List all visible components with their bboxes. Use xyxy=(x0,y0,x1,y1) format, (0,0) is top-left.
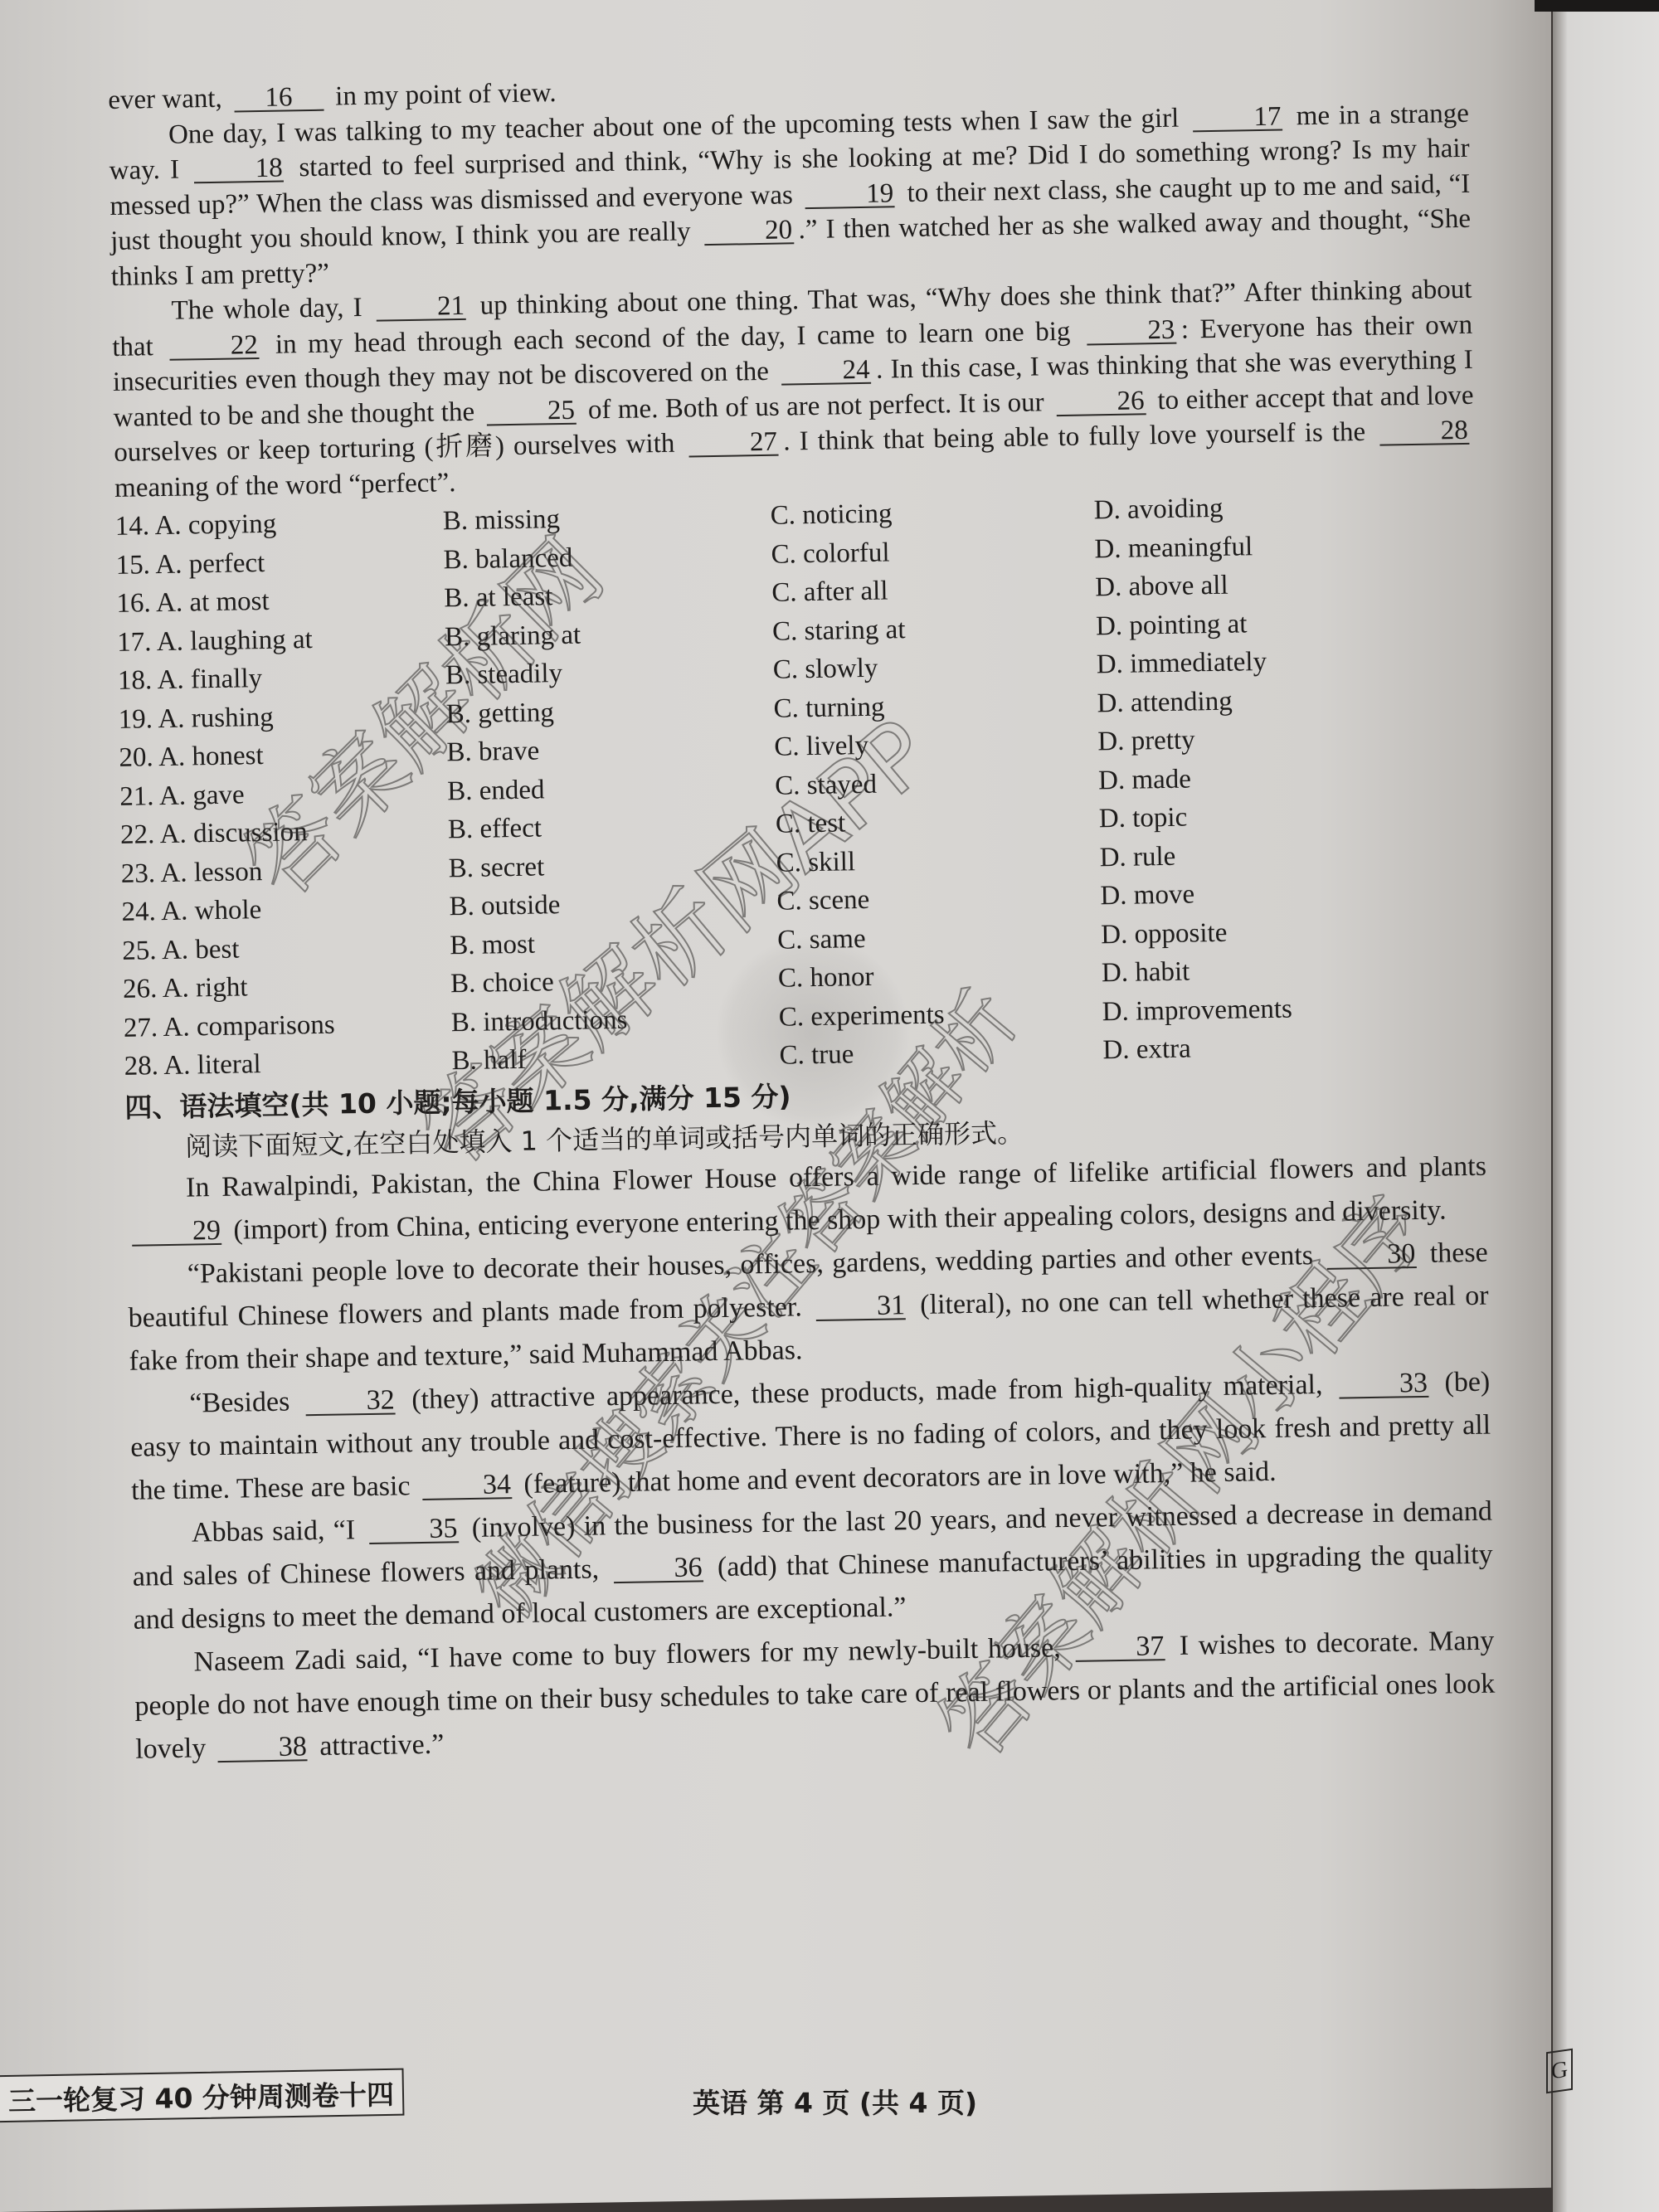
option-a[interactable]: 26. A. right xyxy=(123,965,451,1009)
blank-30[interactable]: 30 xyxy=(1326,1242,1417,1270)
page-content: ever want, 16 in my point of view. One d… xyxy=(108,61,1496,1771)
blank-31[interactable]: 31 xyxy=(816,1293,907,1321)
blank-34[interactable]: 34 xyxy=(422,1472,513,1500)
option-b[interactable]: B. at least xyxy=(444,574,772,618)
option-d[interactable]: D. made xyxy=(1098,756,1431,800)
option-c[interactable]: C. honor xyxy=(778,954,1102,998)
option-c[interactable]: C. slowly xyxy=(772,645,1097,689)
options-list: 14. A. copying B. missing C. noticing D.… xyxy=(114,485,1484,1087)
option-b[interactable]: B. choice xyxy=(450,960,779,1004)
blank-33[interactable]: 33 xyxy=(1339,1370,1429,1398)
blank-16[interactable]: 16 xyxy=(234,85,324,113)
option-c[interactable]: C. after all xyxy=(771,568,1096,612)
option-d[interactable]: D. above all xyxy=(1095,563,1428,607)
next-page-edge xyxy=(1553,0,1659,2212)
option-c[interactable]: C. turning xyxy=(773,684,1097,728)
option-c[interactable]: C. experiments xyxy=(778,993,1102,1037)
option-a[interactable]: 21. A. gave xyxy=(119,772,448,816)
blank-36[interactable]: 36 xyxy=(613,1555,703,1583)
blank-23[interactable]: 23 xyxy=(1087,317,1177,345)
option-d[interactable]: D. topic xyxy=(1098,795,1431,839)
option-a[interactable]: 16. A. at most xyxy=(116,579,445,623)
option-d[interactable]: D. pretty xyxy=(1097,717,1430,761)
option-c[interactable]: C. scene xyxy=(776,877,1101,921)
option-d[interactable]: D. avoiding xyxy=(1093,486,1426,530)
blank-21[interactable]: 21 xyxy=(376,294,466,322)
option-c[interactable]: C. stayed xyxy=(775,761,1099,805)
blank-37[interactable]: 37 xyxy=(1075,1634,1165,1662)
grammar-paragraph: Naseem Zadi said, “I have come to buy fl… xyxy=(134,1619,1496,1771)
background-corner xyxy=(1535,0,1659,12)
option-d[interactable]: D. rule xyxy=(1099,833,1432,877)
blank-26[interactable]: 26 xyxy=(1056,388,1146,416)
blank-29[interactable]: 29 xyxy=(132,1218,222,1246)
option-b[interactable]: B. effect xyxy=(448,805,776,849)
option-c[interactable]: C. noticing xyxy=(770,491,1094,535)
option-c[interactable]: C. true xyxy=(779,1031,1103,1075)
option-a[interactable]: 27. A. comparisons xyxy=(124,1004,452,1048)
blank-38[interactable]: 38 xyxy=(218,1734,309,1762)
option-d[interactable]: D. attending xyxy=(1097,678,1429,722)
version-mark: G xyxy=(1546,2049,1573,2093)
option-a[interactable]: 24. A. whole xyxy=(121,887,450,931)
option-d[interactable]: D. move xyxy=(1100,872,1433,916)
option-a[interactable]: 22. A. discussion xyxy=(120,810,449,854)
series-label: 三一轮复习 40 分钟周测卷十四 xyxy=(0,2069,404,2123)
option-b[interactable]: B. steadily xyxy=(445,651,774,695)
option-a[interactable]: 14. A. copying xyxy=(114,502,443,546)
blank-24[interactable]: 24 xyxy=(781,357,872,386)
blank-35[interactable]: 35 xyxy=(368,1516,459,1544)
option-d[interactable]: D. pointing at xyxy=(1096,601,1428,645)
option-c[interactable]: C. same xyxy=(777,916,1102,960)
option-c[interactable]: C. staring at xyxy=(772,607,1097,651)
option-b[interactable]: B. glaring at xyxy=(445,612,773,656)
option-d[interactable]: D. habit xyxy=(1102,949,1434,993)
option-c[interactable]: C. lively xyxy=(774,722,1098,766)
option-d[interactable]: D. opposite xyxy=(1101,910,1433,954)
blank-32[interactable]: 32 xyxy=(306,1388,397,1416)
option-a[interactable]: 19. A. rushing xyxy=(118,695,446,739)
option-b[interactable]: B. half xyxy=(451,1037,780,1081)
option-c[interactable]: C. skill xyxy=(776,839,1100,882)
blank-20[interactable]: 20 xyxy=(703,217,794,246)
option-b[interactable]: B. most xyxy=(450,921,778,965)
blank-27[interactable]: 27 xyxy=(688,430,779,458)
option-d[interactable]: D. meaningful xyxy=(1094,524,1427,568)
page-number: 英语 第 4 页 (共 4 页) xyxy=(693,2082,977,2121)
option-d[interactable]: D. extra xyxy=(1102,1026,1435,1070)
option-a[interactable]: 20. A. honest xyxy=(119,733,447,777)
option-b[interactable]: B. ended xyxy=(447,766,776,810)
passage-paragraph: One day, I was talking to my teacher abo… xyxy=(109,95,1472,294)
option-b[interactable]: B. missing xyxy=(442,497,771,541)
grammar-paragraph: “Pakistani people love to decorate their… xyxy=(127,1231,1489,1383)
option-b[interactable]: B. brave xyxy=(446,728,775,772)
option-b[interactable]: B. secret xyxy=(448,843,776,887)
grammar-paragraph: “Besides 32 (they) attractive appearance… xyxy=(129,1360,1491,1512)
option-a[interactable]: 15. A. perfect xyxy=(115,541,444,585)
option-b[interactable]: B. introductions xyxy=(450,998,779,1042)
blank-28[interactable]: 28 xyxy=(1379,418,1470,446)
option-c[interactable]: C. colorful xyxy=(771,530,1095,574)
option-d[interactable]: D. improvements xyxy=(1102,987,1434,1031)
option-b[interactable]: B. getting xyxy=(445,689,774,733)
option-b[interactable]: B. balanced xyxy=(443,535,771,579)
option-a[interactable]: 23. A. lesson xyxy=(120,849,449,893)
option-a[interactable]: 25. A. best xyxy=(122,926,450,970)
grammar-paragraph: Abbas said, “I 35 (involve) in the busin… xyxy=(132,1490,1494,1641)
cloze-passage: ever want, 16 in my point of view. One d… xyxy=(108,61,1475,506)
option-c[interactable]: C. test xyxy=(776,800,1100,843)
option-d[interactable]: D. immediately xyxy=(1096,640,1428,684)
blank-18[interactable]: 18 xyxy=(194,155,285,183)
passage-paragraph: The whole day, I 21 up thinking about on… xyxy=(111,272,1475,506)
option-a[interactable]: 28. A. literal xyxy=(124,1042,452,1086)
option-a[interactable]: 17. A. laughing at xyxy=(117,618,445,662)
blank-17[interactable]: 17 xyxy=(1193,104,1283,132)
option-b[interactable]: B. outside xyxy=(449,882,777,926)
option-a[interactable]: 18. A. finally xyxy=(118,656,446,700)
blank-25[interactable]: 25 xyxy=(486,397,577,425)
blank-19[interactable]: 19 xyxy=(805,181,895,209)
blank-22[interactable]: 22 xyxy=(169,333,260,361)
